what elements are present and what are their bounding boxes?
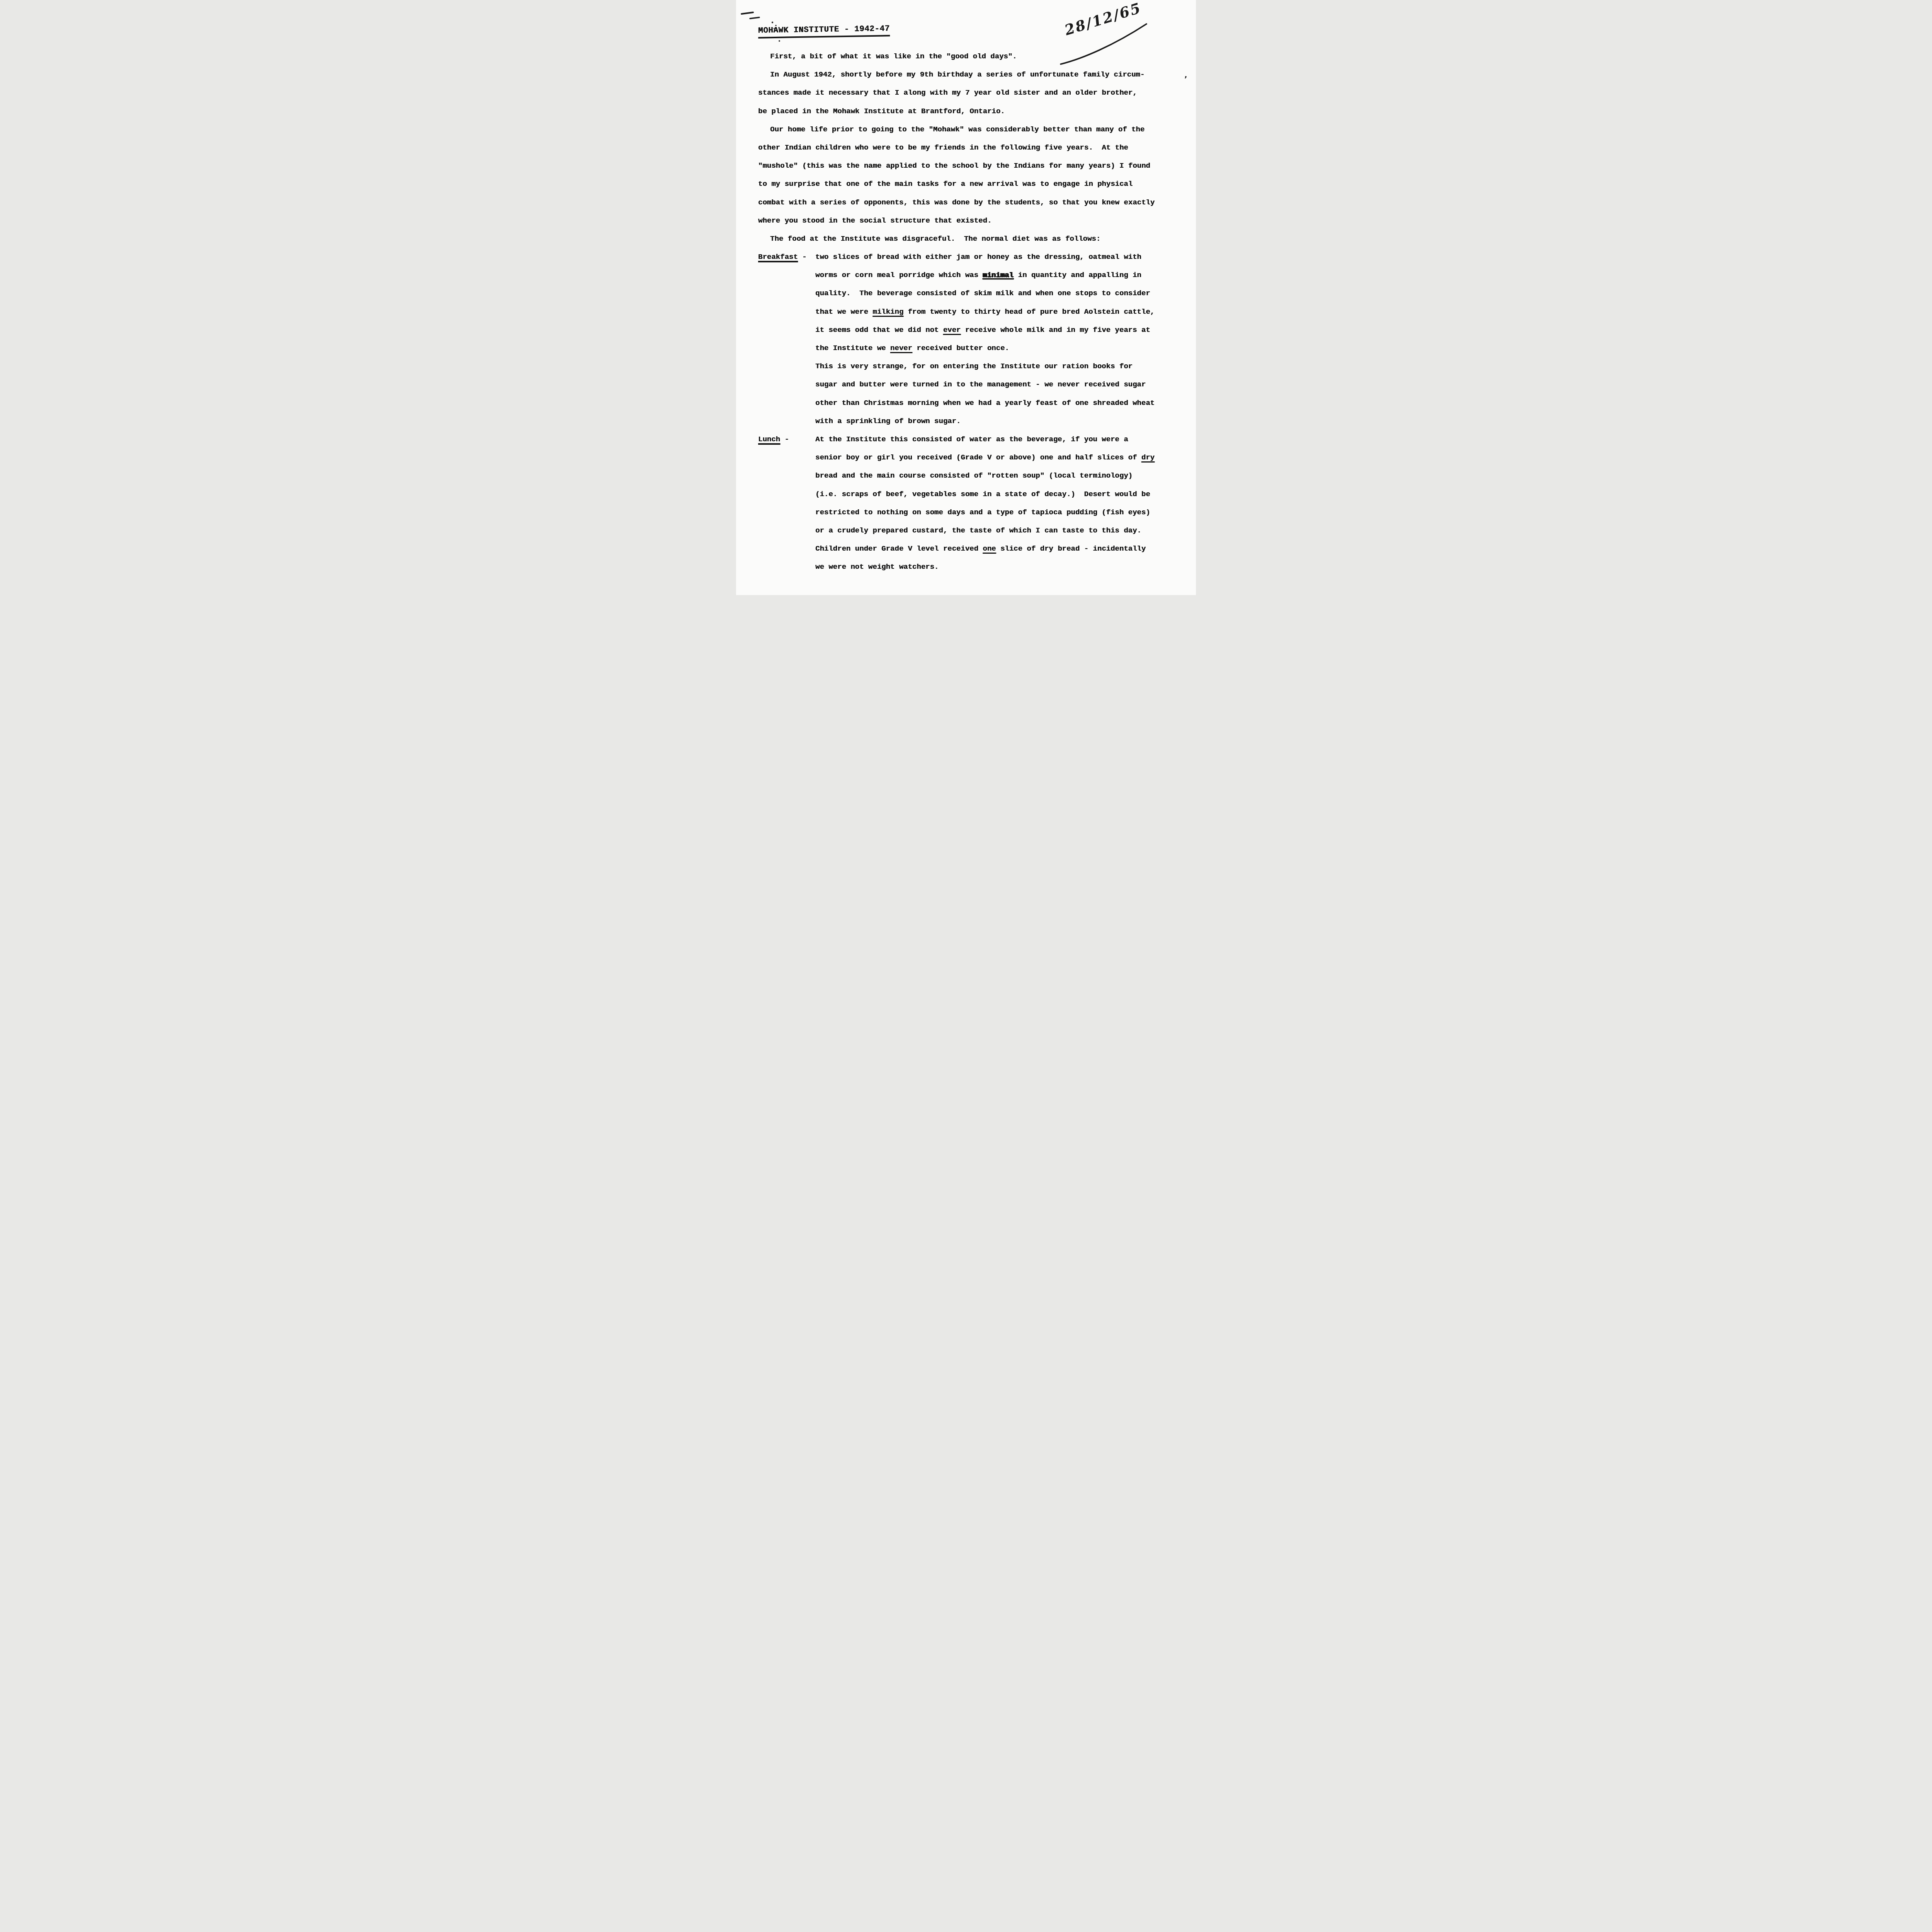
document-line: that we were milking from twenty to thir… <box>758 303 1188 321</box>
document-line: worms or corn meal porridge which was mi… <box>758 266 1188 284</box>
text-segment: other Indian children who were to be my … <box>758 143 1128 152</box>
text-segment: The food at the Institute was disgracefu… <box>770 235 1100 243</box>
document-line: In August 1942, shortly before my 9th bi… <box>758 66 1188 84</box>
text-segment: or a crudely prepared custard, the taste… <box>815 526 1141 535</box>
document-title: MOHAWK INSTITUTE - 1942-47 <box>758 24 890 38</box>
document-line: The food at the Institute was disgracefu… <box>758 230 1188 248</box>
text-segment: worms or corn meal porridge which was <box>815 271 983 279</box>
document-line: other than Christmas morning when we had… <box>758 394 1188 412</box>
document-line: (i.e. scraps of beef, vegetables some in… <box>758 485 1188 503</box>
text-segment: combat with a series of opponents, this … <box>758 198 1155 207</box>
document-line: with a sprinkling of brown sugar. <box>758 412 1188 430</box>
document-line: the Institute we never received butter o… <box>758 339 1188 357</box>
text-segment: quality. The beverage consisted of skim … <box>815 289 1150 298</box>
document-line: This is very strange, for on entering th… <box>758 357 1188 376</box>
text-segment: This is very strange, for on entering th… <box>815 362 1133 371</box>
underlined-word: one <box>983 544 996 553</box>
document-line: Our home life prior to going to the "Moh… <box>758 121 1188 139</box>
document-line: be placed in the Mohawk Institute at Bra… <box>758 102 1188 121</box>
text-segment: receive whole milk and in my five years … <box>961 326 1150 334</box>
document-line: quality. The beverage consisted of skim … <box>758 284 1188 303</box>
text-segment: Our home life prior to going to the "Moh… <box>770 125 1145 134</box>
diet-label-breakfast: Breakfast - <box>758 248 806 266</box>
text-segment: bread and the main course consisted of "… <box>815 471 1133 480</box>
underlined-word: never <box>890 344 912 352</box>
document-line: First, a bit of what it was like in the … <box>758 48 1188 66</box>
text-segment: two slices of bread with either jam or h… <box>815 253 1141 261</box>
text-segment: the Institute we <box>815 344 890 352</box>
document-line: senior boy or girl you received (Grade V… <box>758 449 1188 467</box>
text-segment: in quantity and appalling in <box>1014 271 1141 279</box>
text-segment: In August 1942, shortly before my 9th bi… <box>770 70 1145 79</box>
document-line: or a crudely prepared custard, the taste… <box>758 522 1188 540</box>
underlined-word: Lunch <box>758 435 780 444</box>
text-segment: At the Institute this consisted of water… <box>815 435 1128 444</box>
underlined-word: dry <box>1141 453 1155 462</box>
document-line: to my surprise that one of the main task… <box>758 175 1188 193</box>
text-segment: senior boy or girl you received (Grade V… <box>815 453 1141 462</box>
text-segment: that we were <box>815 308 872 316</box>
document-line: combat with a series of opponents, this … <box>758 194 1188 212</box>
document-line: restricted to nothing on some days and a… <box>758 503 1188 522</box>
text-segment: with a sprinkling of brown sugar. <box>815 417 961 425</box>
underlined-word: milking <box>872 308 903 316</box>
text-segment: received butter once. <box>912 344 1009 352</box>
diet-label-lunch: Lunch - <box>758 430 789 449</box>
text-segment: restricted to nothing on some days and a… <box>815 508 1150 517</box>
text-segment: slice of dry bread - incidentally <box>996 544 1146 553</box>
overstruck-word: minimal <box>983 271 1014 279</box>
underlined-word: Breakfast <box>758 253 798 261</box>
document-line: Breakfast -two slices of bread with eith… <box>758 248 1188 266</box>
text-segment: sugar and butter were turned in to the m… <box>815 380 1146 389</box>
text-segment: First, a bit of what it was like in the … <box>770 52 1017 61</box>
document-line: sugar and butter were turned in to the m… <box>758 376 1188 394</box>
document-line: Lunch -At the Institute this consisted o… <box>758 430 1188 449</box>
text-segment: be placed in the Mohawk Institute at Bra… <box>758 107 1005 116</box>
text-segment: it seems odd that we did not <box>815 326 943 334</box>
document-line: stances made it necessary that I along w… <box>758 84 1188 102</box>
document-line: where you stood in the social structure … <box>758 212 1188 230</box>
text-segment: stances made it necessary that I along w… <box>758 88 1137 97</box>
text-segment: we were not weight watchers. <box>815 563 939 571</box>
text-segment: where you stood in the social structure … <box>758 216 992 225</box>
document-body: First, a bit of what it was like in the … <box>758 48 1188 576</box>
underlined-word: ever <box>943 326 961 334</box>
text-segment: to my surprise that one of the main task… <box>758 180 1133 188</box>
text-segment: "mushole" (this was the name applied to … <box>758 162 1150 170</box>
document-line: "mushole" (this was the name applied to … <box>758 157 1188 175</box>
text-segment: from twenty to thirty head of pure bred … <box>903 308 1155 316</box>
text-segment: other than Christmas morning when we had… <box>815 399 1155 407</box>
text-segment: Children under Grade V level received <box>815 544 983 553</box>
scanned-document-page: MOHAWK INSTITUTE - 1942-47 28/12/65 ʼ Fi… <box>736 0 1196 595</box>
document-line: other Indian children who were to be my … <box>758 139 1188 157</box>
document-line: we were not weight watchers. <box>758 558 1188 576</box>
text-segment: (i.e. scraps of beef, vegetables some in… <box>815 490 1150 498</box>
document-line: Children under Grade V level received on… <box>758 540 1188 558</box>
document-line: it seems odd that we did not ever receiv… <box>758 321 1188 339</box>
document-line: bread and the main course consisted of "… <box>758 467 1188 485</box>
